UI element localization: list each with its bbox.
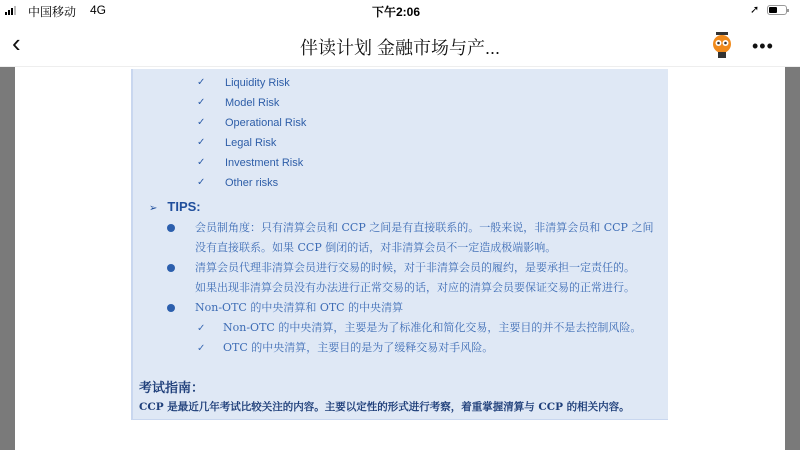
carrier-label: 中国移动 bbox=[28, 3, 76, 20]
battery-icon bbox=[767, 5, 787, 15]
check-icon: ✓ bbox=[197, 97, 225, 109]
page-title: 伴读计划 金融市场与产... bbox=[0, 34, 800, 60]
tip-line: Non-OTC 的中央清算和 OTC 的中央清算 bbox=[195, 299, 403, 315]
bullet-icon bbox=[167, 264, 175, 272]
risk-item: ✓Legal Risk bbox=[197, 137, 276, 149]
network-label: 4G bbox=[90, 3, 106, 17]
exam-guide-heading: 考试指南： bbox=[139, 377, 204, 396]
check-icon: ✓ bbox=[197, 117, 225, 129]
content-box: ✓Liquidity Risk ✓Model Risk ✓Operational… bbox=[131, 69, 668, 420]
bullet-icon bbox=[167, 224, 175, 232]
risk-item: ✓Investment Risk bbox=[197, 157, 303, 169]
owl-mascot-icon[interactable] bbox=[710, 32, 734, 60]
exam-guide-text: CCP 是最近几年考试比较关注的内容。主要以定性的形式进行考察，着重掌握清算与 … bbox=[139, 399, 630, 414]
tip-line: 清算会员代理非清算会员进行交易的时候，对于非清算会员的履约，是要承担一定责任的。 bbox=[195, 259, 635, 275]
document-page[interactable]: ✓Liquidity Risk ✓Model Risk ✓Operational… bbox=[15, 67, 785, 450]
check-icon: ✓ bbox=[197, 343, 223, 354]
bullet-icon bbox=[167, 304, 175, 312]
tip-subitem: ✓OTC 的中央清算，主要目的是为了缓释交易对手风险。 bbox=[197, 339, 493, 355]
page-gutter-right bbox=[785, 67, 800, 450]
tip-line: 如果出现非清算会员没有办法进行正常交易的话，对应的清算会员要保证交易的正常进行。 bbox=[195, 279, 635, 295]
risk-item: ✓Model Risk bbox=[197, 97, 279, 109]
check-icon: ✓ bbox=[197, 323, 223, 334]
check-icon: ✓ bbox=[197, 137, 225, 149]
risk-item: ✓Operational Risk bbox=[197, 117, 306, 129]
page-gutter-left bbox=[0, 67, 15, 450]
tip-line: 没有直接联系。如果 CCP 倒闭的话，对非清算会员不一定造成极端影响。 bbox=[195, 239, 556, 255]
tip-line: 会员制角度：只有清算会员和 CCP 之间是有直接联系的。一般来说，非清算会员和 … bbox=[195, 219, 653, 235]
tip-subitem: ✓Non-OTC 的中央清算，主要是为了标准化和简化交易，主要目的并不是去控制风… bbox=[197, 319, 641, 335]
more-menu-button[interactable]: ••• bbox=[752, 36, 774, 57]
status-bar: 中国移动 4G 下午2:06 ➚ bbox=[0, 0, 800, 22]
check-icon: ✓ bbox=[197, 157, 225, 169]
check-icon: ✓ bbox=[197, 177, 225, 189]
check-icon: ✓ bbox=[197, 77, 225, 89]
signal-icon bbox=[5, 6, 16, 15]
tips-heading: ➢TIPS: bbox=[149, 199, 201, 214]
risk-item: ✓Liquidity Risk bbox=[197, 77, 290, 89]
clock: 下午2:06 bbox=[372, 3, 420, 20]
nav-bar: ‹ 伴读计划 金融市场与产... ••• bbox=[0, 22, 800, 67]
location-icon: ➚ bbox=[750, 3, 759, 16]
arrow-bullet-icon: ➢ bbox=[149, 203, 157, 214]
risk-item: ✓Other risks bbox=[197, 177, 278, 189]
